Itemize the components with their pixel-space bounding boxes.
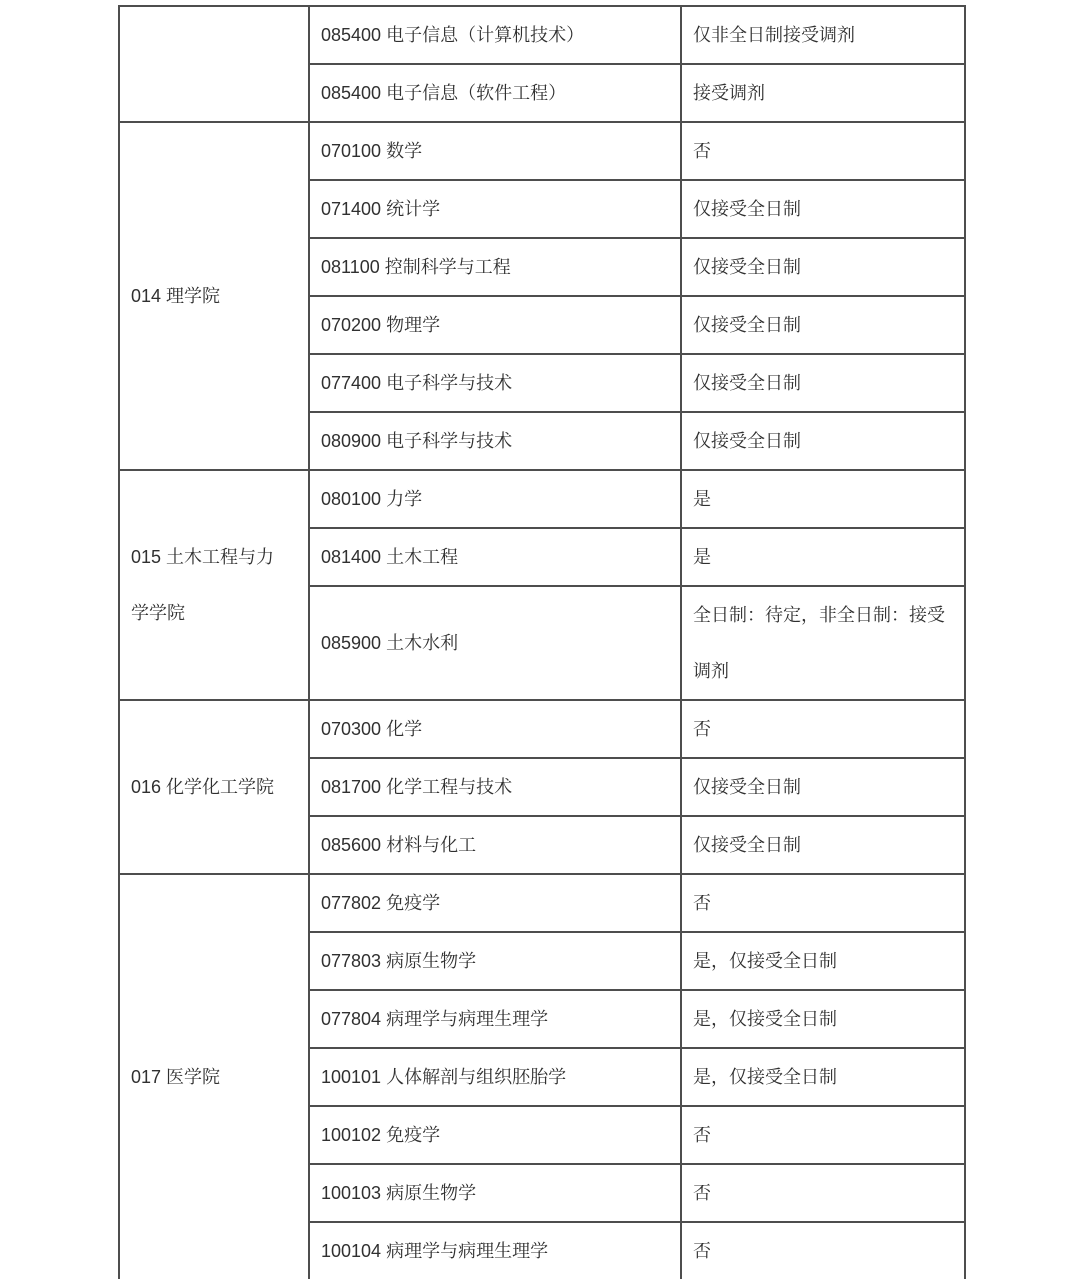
major-cell: 100101 人体解剖与组织胚胎学 <box>309 1048 681 1106</box>
major-cell: 085400 电子信息（计算机技术） <box>309 6 681 64</box>
note-cell: 仅非全日制接受调剂 <box>681 6 965 64</box>
note-cell: 仅接受全日制 <box>681 180 965 238</box>
note-cell: 仅接受全日制 <box>681 296 965 354</box>
note-cell: 否 <box>681 874 965 932</box>
major-cell: 100102 免疫学 <box>309 1106 681 1164</box>
major-cell: 100104 病理学与病理生理学 <box>309 1222 681 1279</box>
note-cell: 仅接受全日制 <box>681 816 965 874</box>
major-cell: 070300 化学 <box>309 700 681 758</box>
adjustment-table: 085400 电子信息（计算机技术） 仅非全日制接受调剂 085400 电子信息… <box>118 5 966 1279</box>
note-cell: 否 <box>681 1222 965 1279</box>
table-row: 015 土木工程与力 学学院 080100 力学 是 <box>119 470 965 528</box>
note-cell: 否 <box>681 1164 965 1222</box>
major-cell: 077803 病原生物学 <box>309 932 681 990</box>
note-cell: 仅接受全日制 <box>681 238 965 296</box>
major-cell: 081700 化学工程与技术 <box>309 758 681 816</box>
major-cell: 085900 土木水利 <box>309 586 681 700</box>
note-cell: 接受调剂 <box>681 64 965 122</box>
college-cell: 017 医学院 <box>119 874 309 1279</box>
college-cell: 014 理学院 <box>119 122 309 470</box>
note-cell: 是，仅接受全日制 <box>681 932 965 990</box>
college-cell: 016 化学化工学院 <box>119 700 309 874</box>
table-row: 085400 电子信息（计算机技术） 仅非全日制接受调剂 <box>119 6 965 64</box>
major-cell: 100103 病原生物学 <box>309 1164 681 1222</box>
table-row: 017 医学院 077802 免疫学 否 <box>119 874 965 932</box>
table-row: 014 理学院 070100 数学 否 <box>119 122 965 180</box>
note-cell: 否 <box>681 122 965 180</box>
major-cell: 085600 材料与化工 <box>309 816 681 874</box>
note-cell: 全日制：待定，非全日制：接受 调剂 <box>681 586 965 700</box>
major-cell: 071400 统计学 <box>309 180 681 238</box>
major-cell: 077802 免疫学 <box>309 874 681 932</box>
table-row: 016 化学化工学院 070300 化学 否 <box>119 700 965 758</box>
note-cell: 是 <box>681 528 965 586</box>
note-cell: 是 <box>681 470 965 528</box>
major-cell: 070100 数学 <box>309 122 681 180</box>
note-cell: 仅接受全日制 <box>681 412 965 470</box>
college-cell: 015 土木工程与力 学学院 <box>119 470 309 700</box>
note-cell: 仅接受全日制 <box>681 758 965 816</box>
major-cell: 080100 力学 <box>309 470 681 528</box>
note-cell: 是，仅接受全日制 <box>681 1048 965 1106</box>
note-cell: 否 <box>681 700 965 758</box>
major-cell: 077400 电子科学与技术 <box>309 354 681 412</box>
note-cell: 是，仅接受全日制 <box>681 990 965 1048</box>
college-cell <box>119 6 309 122</box>
major-cell: 085400 电子信息（软件工程） <box>309 64 681 122</box>
note-cell: 否 <box>681 1106 965 1164</box>
major-cell: 081100 控制科学与工程 <box>309 238 681 296</box>
major-cell: 081400 土木工程 <box>309 528 681 586</box>
page: 085400 电子信息（计算机技术） 仅非全日制接受调剂 085400 电子信息… <box>0 0 1080 1279</box>
major-cell: 070200 物理学 <box>309 296 681 354</box>
major-cell: 077804 病理学与病理生理学 <box>309 990 681 1048</box>
note-cell: 仅接受全日制 <box>681 354 965 412</box>
major-cell: 080900 电子科学与技术 <box>309 412 681 470</box>
